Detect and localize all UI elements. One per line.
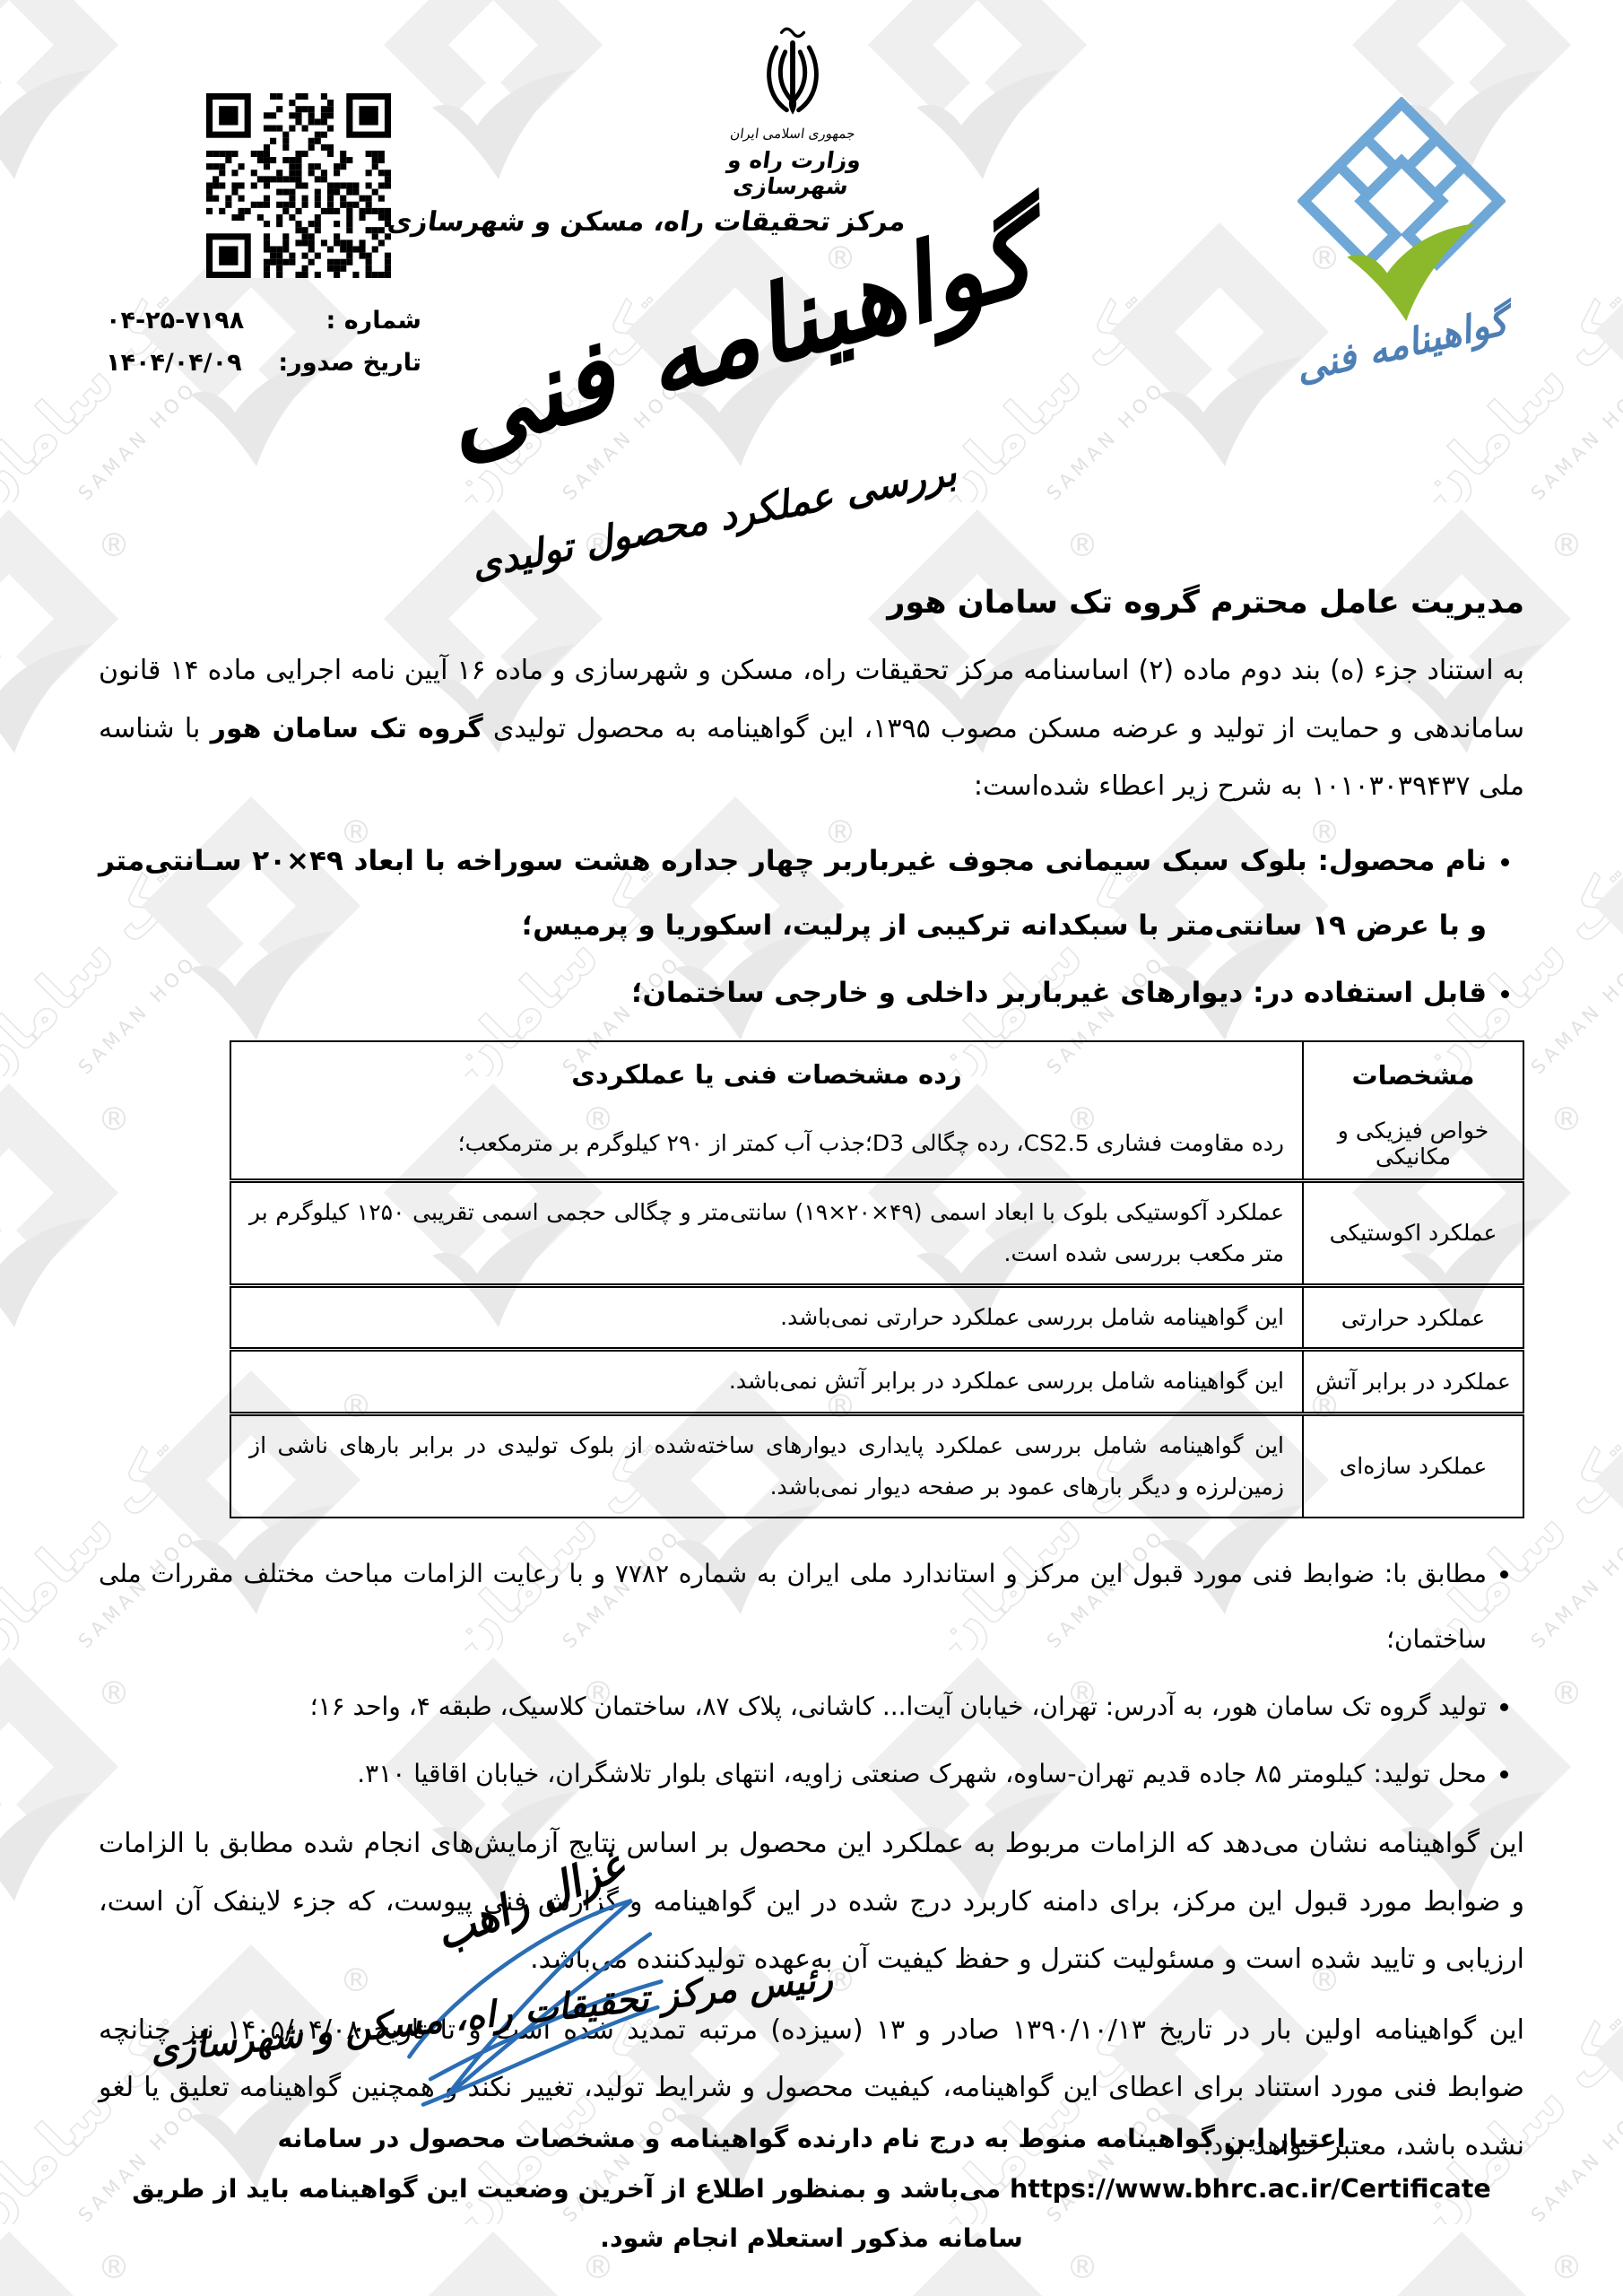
certificate-number-row: شماره : ۰۴-۲۵-۷۱۹۸ — [106, 307, 421, 335]
intro-company-name: گروه تک سامان هور — [211, 713, 483, 744]
page-subtitle: بررسی عملکرد محصول تولیدی — [547, 450, 960, 572]
issue-date-label: تاریخ صدور: — [278, 349, 421, 377]
addressee-heading: مدیریت عامل محترم گروه تک سامان هور — [99, 585, 1524, 621]
footer-note: اعتبار این گواهینامه منوط به درج نام دار… — [99, 2114, 1524, 2264]
row-value-fire: این گواهینامه شامل بررسی عملکرد در برابر… — [230, 1350, 1303, 1413]
row-name-structural: عملکرد سازه‌ای — [1303, 1413, 1523, 1518]
iran-emblem-icon — [755, 25, 830, 122]
number-value: ۰۴-۲۵-۷۱۹۸ — [106, 307, 244, 335]
signature-block: غزال راهب رئیس مرکز تحقیقات راه، مسکن و … — [260, 1873, 906, 2124]
row-value-thermal: این گواهینامه شامل بررسی عملکرد حرارتی ن… — [230, 1286, 1303, 1350]
product-name-item: نام محصول: بلوک سبک سیمانی مجوف غیرباربر… — [99, 829, 1487, 960]
row-name-fire: عملکرد در برابر آتش — [1303, 1350, 1523, 1413]
bhrc-certificate-logo-icon — [1298, 97, 1506, 337]
intro-paragraph: به استناد جزء (ه) بند دوم ماده (۲) اساسن… — [99, 642, 1524, 816]
producer-address-item: تولید گروه تک سامان هور، به آدرس: تهران،… — [99, 1674, 1487, 1740]
table-row: خواص فیزیکی و مکانیکی رده مقاومت فشاری C… — [230, 1109, 1523, 1181]
spec-table-header-row: مشخصات رده مشخصات فنی یا عملکردی — [230, 1041, 1523, 1109]
row-value-acoustic: عملکرد آکوستیکی بلوک با ابعاد اسمی (۴۹×۲… — [230, 1180, 1303, 1286]
compliance-standard-item: مطابق با: ضوابط فنی مورد قبول این مرکز و… — [99, 1542, 1487, 1673]
government-header: جمهوری اسلامی ایران وزارت راه و شهرسازی … — [680, 25, 906, 238]
row-value-physical: رده مقاومت فشاری CS2.5، رده چگالی D3؛جذب… — [230, 1109, 1303, 1181]
certificate-page: تک سامان هور TAK SAMAN HOOR ® شماره : ۰۴… — [0, 0, 1623, 2296]
gov-line-ministry: وزارت راه و شهرسازی — [676, 147, 909, 199]
row-name-thermal: عملکرد حرارتی — [1303, 1286, 1523, 1350]
row-name-acoustic: عملکرد اکوستیکی — [1303, 1180, 1523, 1286]
row-name-physical: خواص فیزیکی و مکانیکی — [1303, 1109, 1523, 1181]
table-row: عملکرد در برابر آتش این گواهینامه شامل ب… — [230, 1350, 1523, 1413]
spec-table: مشخصات رده مشخصات فنی یا عملکردی خواص فی… — [230, 1040, 1524, 1518]
table-row: عملکرد اکوستیکی عملکرد آکوستیکی بلوک با … — [230, 1180, 1523, 1286]
class-col-header: رده مشخصات فنی یا عملکردی — [230, 1041, 1303, 1109]
qr-code — [206, 93, 391, 278]
number-label: شماره : — [326, 307, 421, 335]
issue-date-value: ۱۴۰۴/۰۴/۰۹ — [106, 349, 242, 377]
table-row: عملکرد حرارتی این گواهینامه شامل بررسی ع… — [230, 1286, 1523, 1350]
row-value-structural: این گواهینامه شامل بررسی عملکرد پایداری … — [230, 1413, 1303, 1518]
product-bullet-list: نام محصول: بلوک سبک سیمانی مجوف غیرباربر… — [99, 829, 1487, 1027]
product-usage-item: قابل استفاده در: دیوارهای غیرباربر داخلی… — [99, 961, 1487, 1026]
production-site-item: محل تولید: کیلومتر ۸۵ جاده قدیم تهران-سا… — [99, 1742, 1487, 1807]
table-row: عملکرد سازه‌ای این گواهینامه شامل بررسی … — [230, 1413, 1523, 1518]
spec-col-header: مشخصات — [1303, 1041, 1523, 1109]
certificate-meta: شماره : ۰۴-۲۵-۷۱۹۸ تاریخ صدور: ۱۴۰۴/۰۴/۰… — [106, 307, 421, 391]
gov-line-republic: جمهوری اسلامی ایران — [679, 126, 907, 142]
brand-block: گواهینامه فنی — [1254, 97, 1549, 367]
issue-date-row: تاریخ صدور: ۱۴۰۴/۰۴/۰۹ — [106, 349, 421, 377]
compliance-bullet-list: مطابق با: ضوابط فنی مورد قبول این مرکز و… — [99, 1542, 1487, 1806]
